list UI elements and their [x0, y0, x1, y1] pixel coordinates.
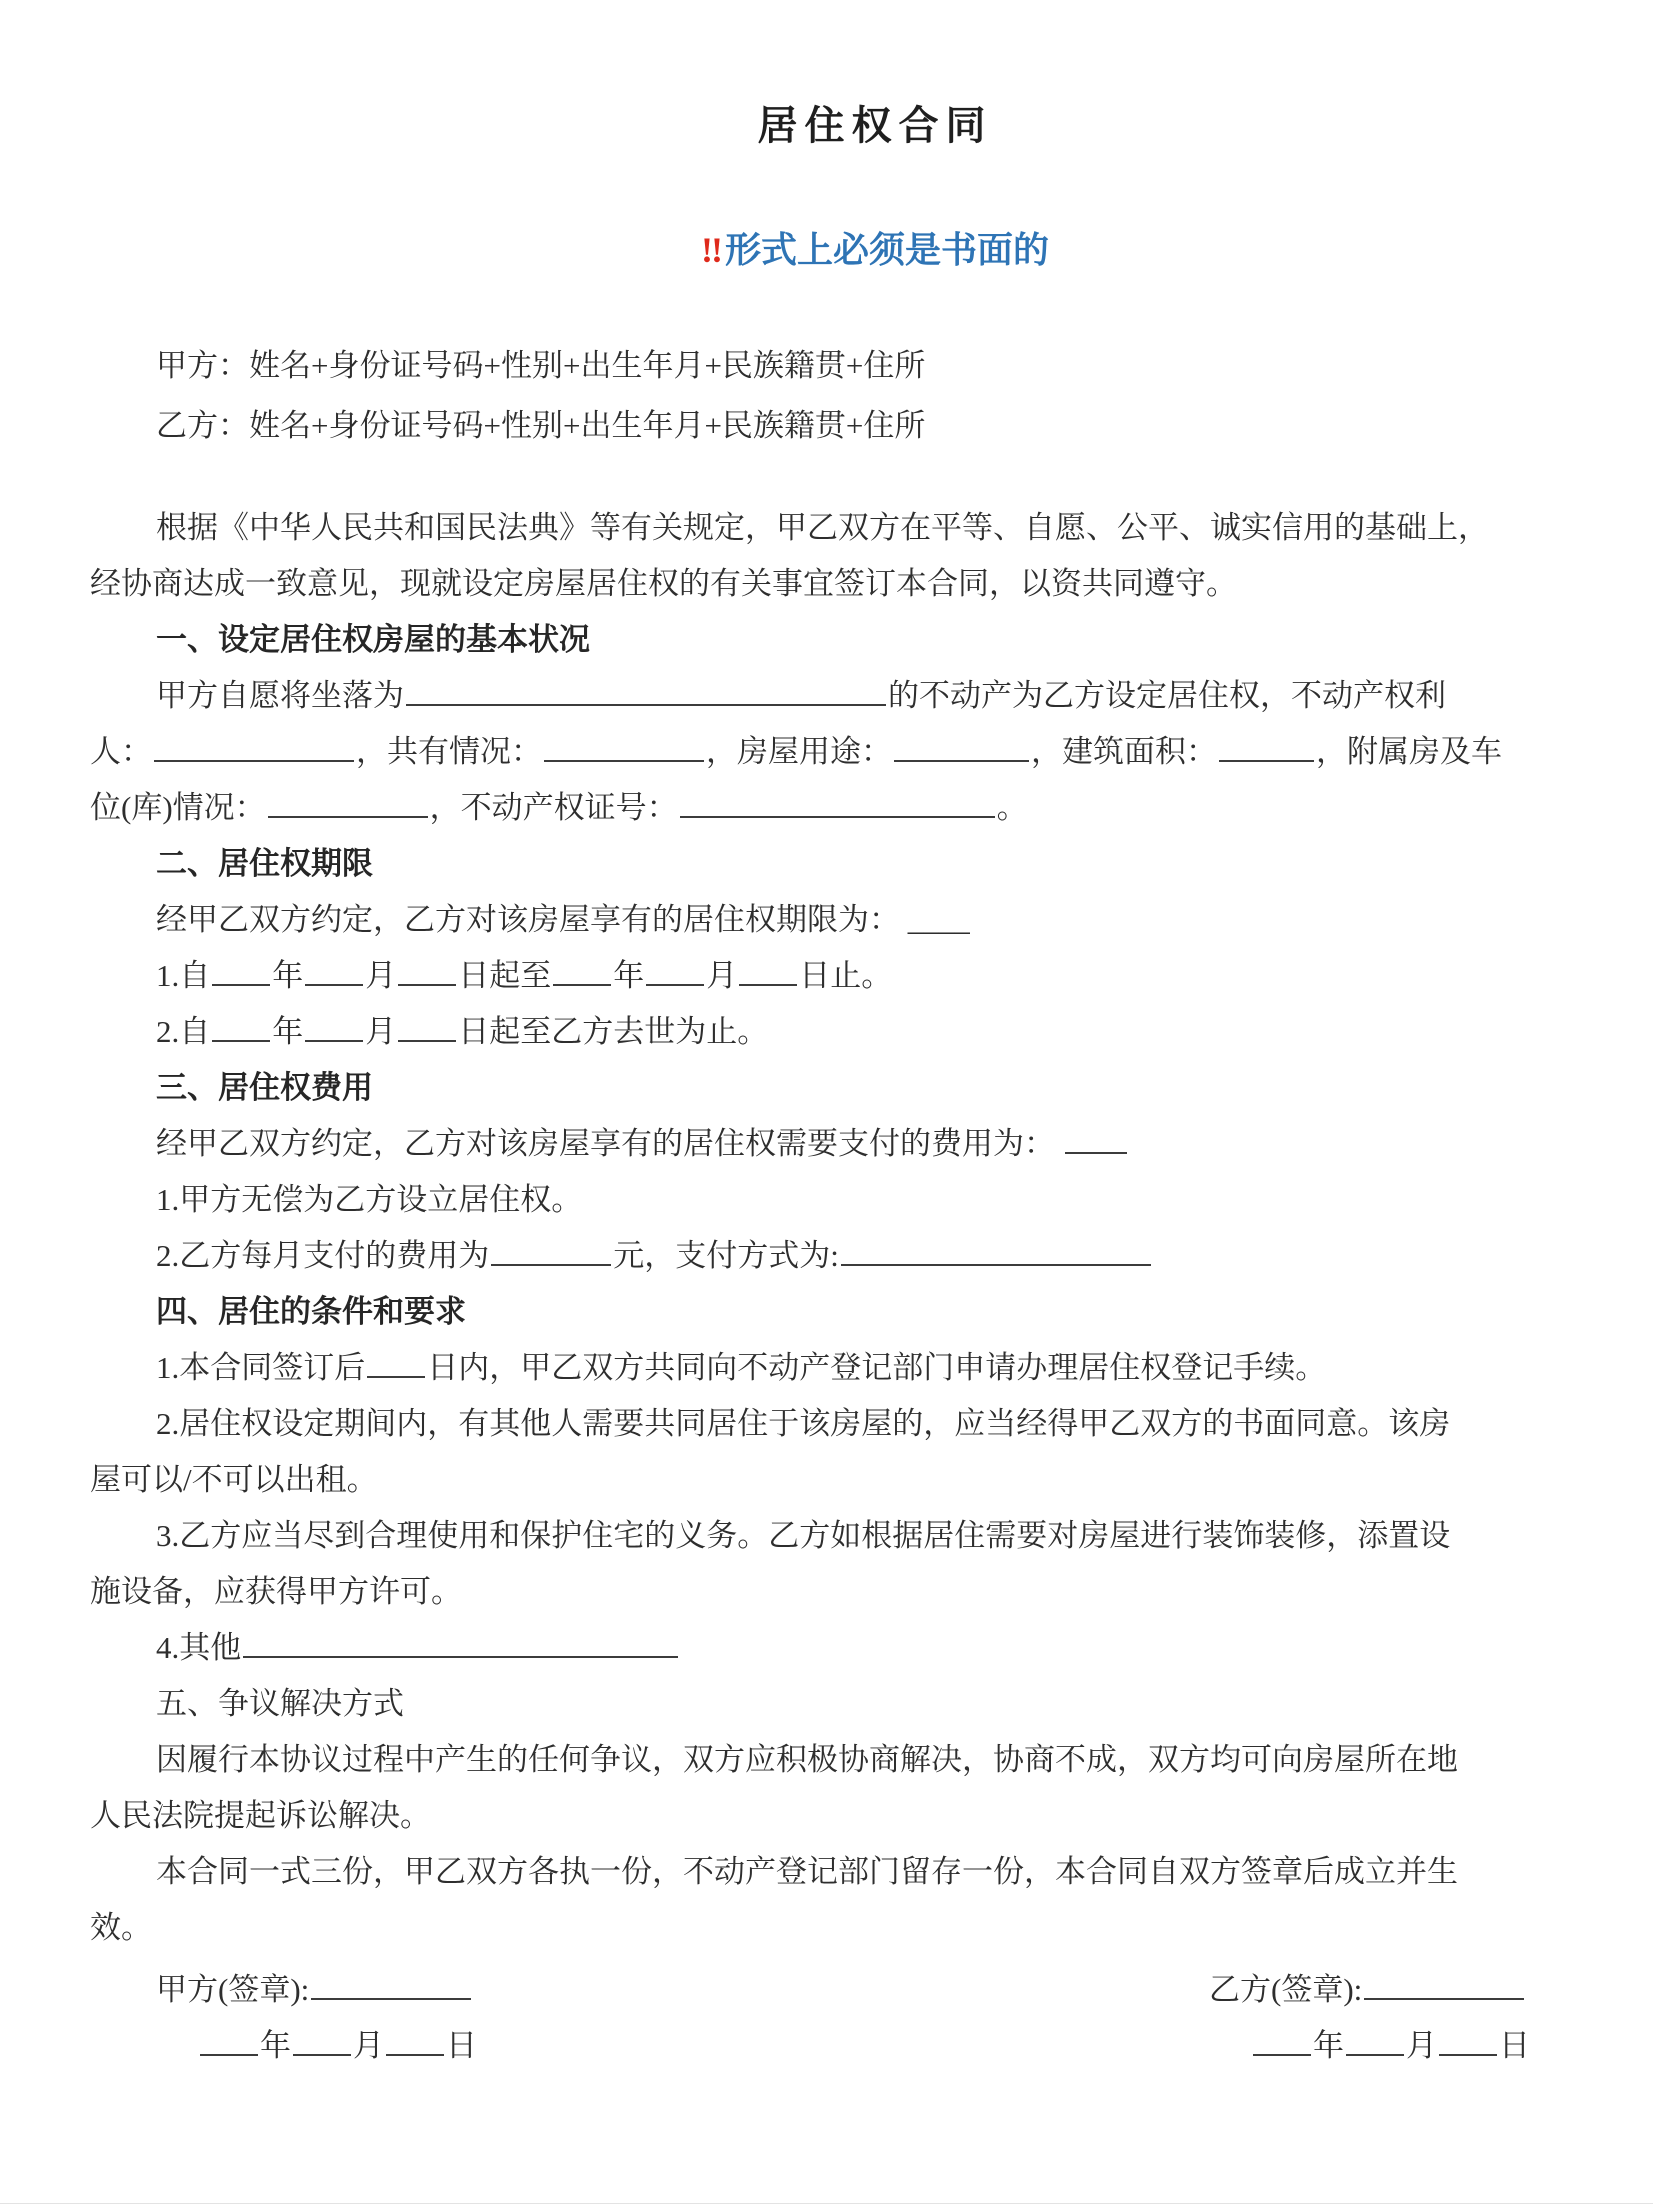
text-run: 因履行本协议过程中产生的任何争议，双方应积极协商解决，协商不成，双方均可向房屋所…	[156, 1742, 1458, 1777]
text-run: 日	[1499, 2028, 1530, 2063]
paragraph: 1.甲方无偿为乙方设立居住权。	[90, 1172, 1560, 1228]
blank-field	[553, 954, 611, 986]
blank-field	[1364, 1968, 1524, 2000]
contract-document: 居住权合同 !!形式上必须是书面的 甲方：姓名+身份证号码+性别+出生年月+民族…	[0, 0, 1653, 2204]
text-run: 日内，甲乙双方共同向不动产登记部门申请办理居住权登记手续。	[427, 1350, 1326, 1385]
text-run: 3.乙方应当尽到合理使用和保护住宅的义务。乙方如根据居住需要对房屋进行装饰装修，…	[156, 1518, 1450, 1553]
text-run: 日止。	[799, 958, 892, 993]
text-run: 根据《中华人民共和国民法典》等有关规定，甲乙双方在平等、自愿、公平、诚实信用的基…	[156, 510, 1489, 545]
paragraph: 1.自年月日起至年月日止。	[90, 948, 1560, 1004]
blank-field	[491, 1234, 611, 1266]
text-run: 一、设定居住权房屋的基本状况	[156, 622, 590, 657]
party-b-signature: 乙方(签章): 年月日	[1209, 1962, 1530, 2074]
paragraph: 2.居住权设定期间内，有其他人需要共同居住于该房屋的，应当经得甲乙双方的书面同意…	[90, 1396, 1560, 1508]
paragraph: 因履行本协议过程中产生的任何争议，双方应积极协商解决，协商不成，双方均可向房屋所…	[90, 1732, 1560, 1844]
text-run: 月	[1406, 2028, 1437, 2063]
exclamation-icon: !!	[701, 230, 721, 270]
paragraph: 根据《中华人民共和国民法典》等有关规定，甲乙双方在平等、自愿、公平、诚实信用的基…	[90, 500, 1560, 612]
text-run: 年	[272, 1014, 303, 1049]
document-title: 居住权合同	[190, 102, 1560, 150]
section-heading: 五、争议解决方式	[90, 1676, 1560, 1732]
blank-field	[1065, 1122, 1127, 1154]
paragraph: 经甲乙双方约定，乙方对该房屋享有的居住权需要支付的费用为：	[90, 1116, 1560, 1172]
text-run: 1.本合同签订后	[156, 1350, 365, 1385]
blank-field	[398, 1010, 456, 1042]
paragraph: 1.本合同签订后日内，甲乙双方共同向不动产登记部门申请办理居住权登记手续。	[90, 1340, 1560, 1396]
blank-field	[305, 954, 363, 986]
section-heading: 二、居住权期限	[90, 836, 1560, 892]
paragraph: 甲方自愿将坐落为的不动产为乙方设定居住权，不动产权利人：，共有情况：，房屋用途：…	[90, 668, 1560, 836]
blank-field	[1219, 730, 1314, 762]
blank-field	[305, 1010, 363, 1042]
text-run: ，房屋用途：	[706, 734, 892, 769]
party-a-line: 甲方：姓名+身份证号码+性别+出生年月+民族籍贯+住所	[156, 336, 1560, 396]
text-run: ，建筑面积：	[1031, 734, 1217, 769]
text-run: 经协商达成一致意见，现就设定房屋居住权的有关事宜签订本合同，以资共同遵守。	[90, 566, 1237, 601]
blank-field	[544, 730, 704, 762]
blank-field	[154, 730, 354, 762]
party-a-signature-line: 甲方(签章):	[156, 1962, 477, 2018]
section-heading: 一、设定居住权房屋的基本状况	[90, 612, 1560, 668]
text-run: 五、争议解决方式	[156, 1686, 404, 1721]
text-run: ，共有情况：	[356, 734, 542, 769]
text-run: 人：	[90, 734, 152, 769]
blank-field	[367, 1346, 425, 1378]
text-run: 2.自	[156, 1014, 210, 1049]
blank-field	[1253, 2024, 1311, 2056]
party-b-line: 乙方：姓名+身份证号码+性别+出生年月+民族籍贯+住所	[156, 396, 1560, 456]
blank-field	[386, 2024, 444, 2056]
document-header: 居住权合同 !!形式上必须是书面的	[90, 102, 1560, 272]
text-run: ，附属房及车	[1316, 734, 1502, 769]
blank-field	[646, 954, 704, 986]
text-run: 屋可以/不可以出租。	[90, 1462, 378, 1497]
paragraph: 3.乙方应当尽到合理使用和保护住宅的义务。乙方如根据居住需要对房屋进行装饰装修，…	[90, 1508, 1560, 1620]
signature-section: 甲方(签章): 年月日 乙方(签章): 年月日	[90, 1962, 1560, 2074]
text-run: 1.甲方无偿为乙方设立居住权。	[156, 1182, 582, 1217]
text-run: 日	[446, 2028, 477, 2063]
text-run: 月	[365, 1014, 396, 1049]
section-heading: 四、居住的条件和要求	[90, 1284, 1560, 1340]
paragraph: 2.自年月日起至乙方去世为止。	[90, 1004, 1560, 1060]
party-b-date-line: 年月日	[1209, 2018, 1530, 2074]
paragraph: 2.乙方每月支付的费用为元，支付方式为:	[90, 1228, 1560, 1284]
blank-field	[739, 954, 797, 986]
blank-field	[293, 2024, 351, 2056]
text-run: ，不动产权证号：	[430, 790, 678, 825]
text-run: 的不动产为乙方设定居住权，不动产权利	[888, 678, 1446, 713]
paragraph: 经甲乙双方约定，乙方对该房屋享有的居住权期限为： ____	[90, 892, 1560, 948]
document-body: 根据《中华人民共和国民法典》等有关规定，甲乙双方在平等、自愿、公平、诚实信用的基…	[90, 500, 1560, 1956]
text-run: 年	[1313, 2028, 1344, 2063]
text-run: 经甲乙双方约定，乙方对该房屋享有的居住权期限为： ____	[156, 902, 970, 937]
text-run: 2.居住权设定期间内，有其他人需要共同居住于该房屋的，应当经得甲乙双方的书面同意…	[156, 1406, 1450, 1441]
party-b-signature-line: 乙方(签章):	[1209, 1962, 1530, 2018]
notice-line: !!形式上必须是书面的	[190, 228, 1560, 272]
text-run: 本合同一式三份，甲乙双方各执一份，不动产登记部门留存一份，本合同自双方签章后成立…	[156, 1854, 1458, 1889]
text-run: 位(库)情况：	[90, 790, 266, 825]
notice-text: 形式上必须是书面的	[725, 230, 1049, 270]
party-a-signature: 甲方(签章): 年月日	[156, 1962, 477, 2074]
section-heading: 三、居住权费用	[90, 1060, 1560, 1116]
text-run: 二、居住权期限	[156, 846, 373, 881]
blank-field	[268, 786, 428, 818]
paragraph: 本合同一式三份，甲乙双方各执一份，不动产登记部门留存一份，本合同自双方签章后成立…	[90, 1844, 1560, 1956]
text-run: 元，支付方式为:	[613, 1238, 839, 1273]
paragraph: 4.其他	[90, 1620, 1560, 1676]
text-run: 1.自	[156, 958, 210, 993]
blank-field	[212, 1010, 270, 1042]
blank-field	[680, 786, 995, 818]
text-run: 月	[365, 958, 396, 993]
blank-field	[406, 674, 886, 706]
text-run: 甲方自愿将坐落为	[156, 678, 404, 713]
text-run: 乙方(签章):	[1209, 1972, 1362, 2007]
text-run: 四、居住的条件和要求	[156, 1294, 466, 1329]
text-run: 人民法院提起诉讼解决。	[90, 1798, 431, 1833]
text-run: 年	[613, 958, 644, 993]
text-run: 施设备，应获得甲方许可。	[90, 1574, 462, 1609]
blank-field	[212, 954, 270, 986]
blank-field	[1346, 2024, 1404, 2056]
text-run: 。	[997, 790, 1028, 825]
text-run: 经甲乙双方约定，乙方对该房屋享有的居住权需要支付的费用为：	[156, 1126, 1063, 1161]
blank-field	[243, 1626, 678, 1658]
text-run: 效。	[90, 1910, 152, 1945]
blank-field	[1439, 2024, 1497, 2056]
text-run: 2.乙方每月支付的费用为	[156, 1238, 489, 1273]
text-run: 4.其他	[156, 1630, 241, 1665]
text-run: 甲方(签章):	[156, 1972, 309, 2007]
text-run: 月	[706, 958, 737, 993]
text-run: 月	[353, 2028, 384, 2063]
party-a-date-line: 年月日	[156, 2018, 477, 2074]
parties-section: 甲方：姓名+身份证号码+性别+出生年月+民族籍贯+住所 乙方：姓名+身份证号码+…	[90, 336, 1560, 456]
text-run: 年	[272, 958, 303, 993]
blank-field	[398, 954, 456, 986]
blank-field	[894, 730, 1029, 762]
blank-field	[841, 1234, 1151, 1266]
text-run: 日起至乙方去世为止。	[458, 1014, 768, 1049]
text-run: 日起至	[458, 958, 551, 993]
blank-field	[311, 1968, 471, 2000]
text-run: 三、居住权费用	[156, 1070, 373, 1105]
text-run: 年	[260, 2028, 291, 2063]
blank-field	[200, 2024, 258, 2056]
